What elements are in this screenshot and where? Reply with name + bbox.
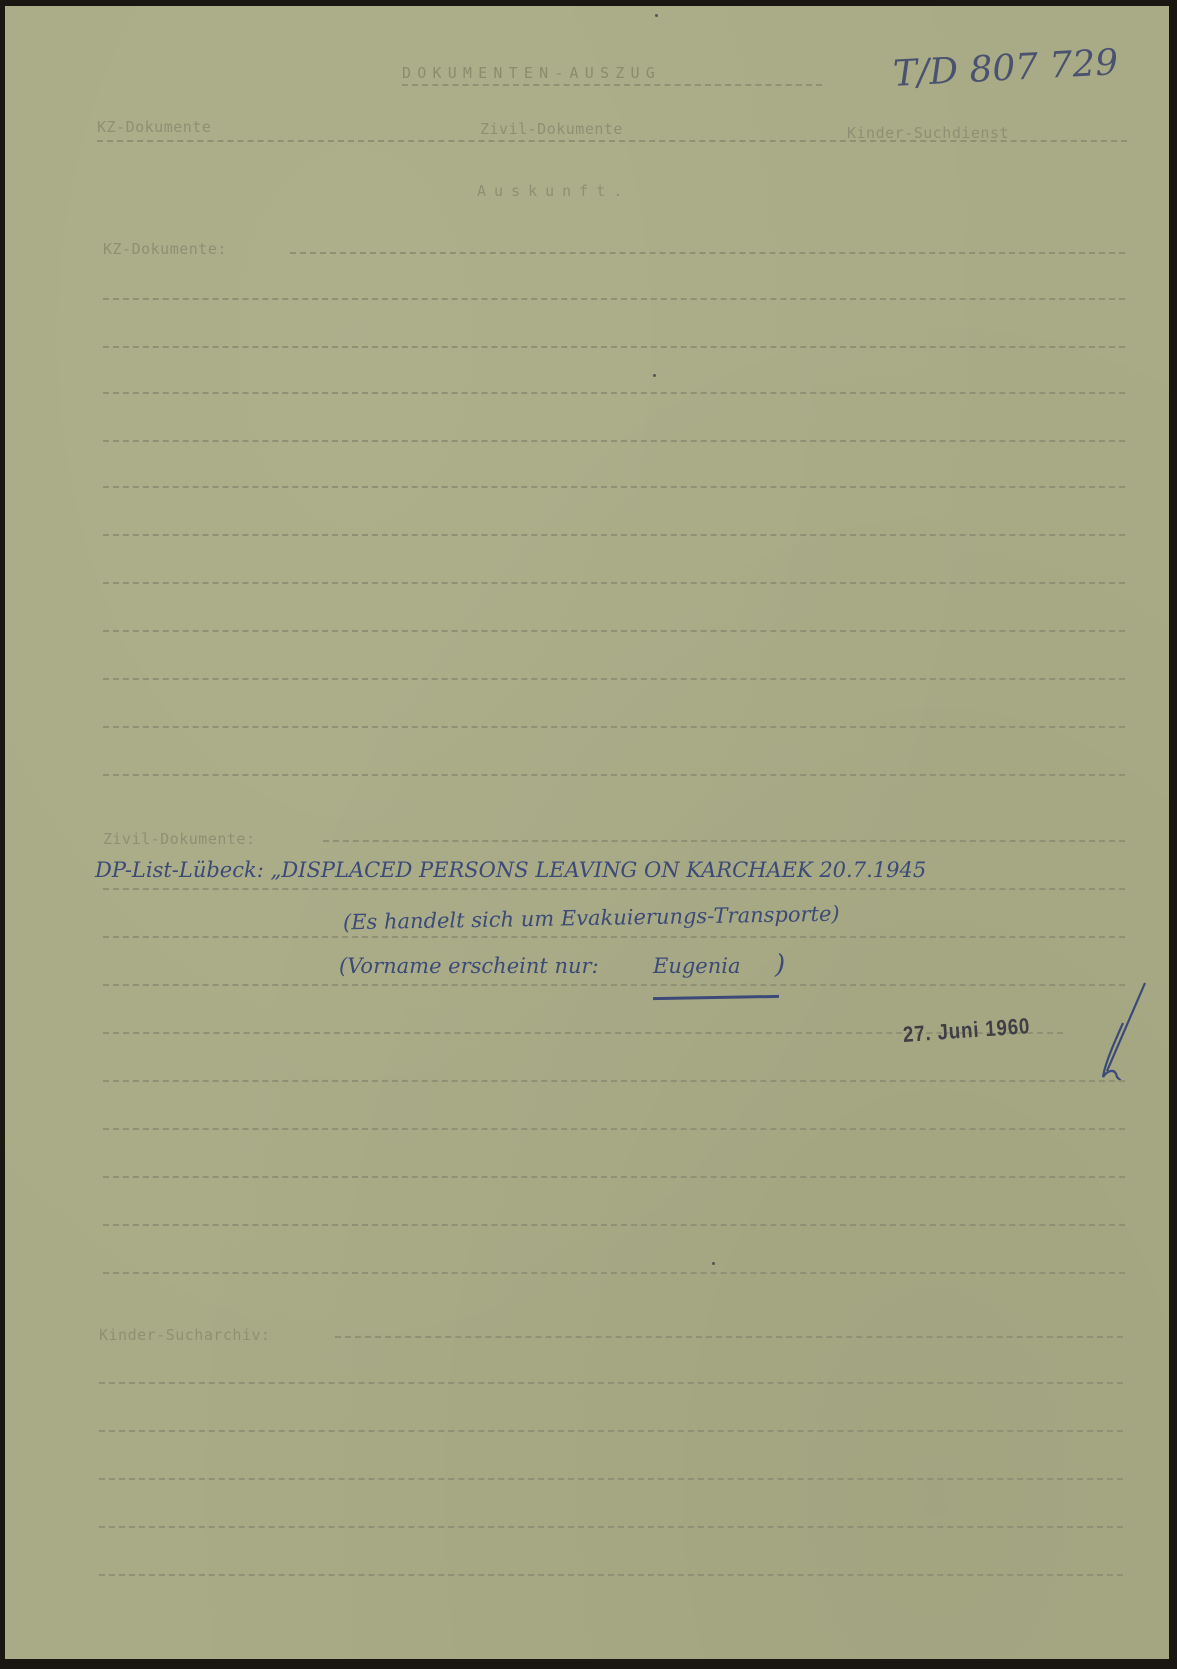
kz-line-11 xyxy=(103,726,1125,728)
signature-mark xyxy=(1045,981,1155,1091)
kinder-line-6 xyxy=(99,1574,1123,1576)
handwritten-line-1: DP-List-Lübeck: „DISPLACED PERSONS LEAVI… xyxy=(95,858,926,882)
date-stamp: 27. Juni 1960 xyxy=(902,1013,1031,1048)
document-title: DOKUMENTEN-AUSZUG xyxy=(402,64,661,82)
title-underline xyxy=(402,84,822,86)
zivil-line-7 xyxy=(103,1128,1125,1130)
section-label-kz: KZ-Dokumente: xyxy=(103,240,227,258)
handwritten-name-eugenia: Eugenia xyxy=(653,954,741,978)
kinder-line-1 xyxy=(335,1336,1123,1338)
zivil-line-9 xyxy=(103,1224,1125,1226)
header-category-zivil: Zivil-Dokumente xyxy=(480,120,623,138)
zivil-line-1 xyxy=(323,840,1125,842)
speck xyxy=(655,14,658,17)
kz-line-1 xyxy=(290,252,1125,254)
kz-line-8 xyxy=(103,582,1125,584)
section-label-kinder: Kinder-Sucharchiv: xyxy=(99,1326,271,1344)
kz-line-9 xyxy=(103,630,1125,632)
subtitle-auskunft: Auskunft. xyxy=(477,182,630,200)
handwritten-line-3-prefix: (Vorname erscheint nur: xyxy=(339,954,599,978)
kinder-line-4 xyxy=(99,1478,1123,1480)
kz-line-2 xyxy=(103,298,1125,300)
zivil-line-8 xyxy=(103,1176,1125,1178)
zivil-line-10 xyxy=(103,1272,1125,1274)
header-category-kz: KZ-Dokumente xyxy=(97,118,211,136)
handwritten-line-2: (Es handelt sich um Evakuierungs-Transpo… xyxy=(343,902,840,935)
header-dash-line xyxy=(97,140,1127,142)
zivil-line-2 xyxy=(103,888,1125,890)
zivil-line-3 xyxy=(103,936,1125,938)
speck xyxy=(712,1262,715,1265)
speck xyxy=(653,374,656,377)
reference-number: T/D 807 729 xyxy=(892,42,1119,95)
handwritten-line-3-suffix: ) xyxy=(775,950,785,980)
name-underline xyxy=(653,995,779,1000)
kz-line-6 xyxy=(103,486,1125,488)
section-label-zivil: Zivil-Dokumente: xyxy=(103,830,256,848)
zivil-line-4 xyxy=(103,984,1125,986)
document-page: DOKUMENTEN-AUSZUG T/D 807 729 KZ-Dokumen… xyxy=(5,6,1169,1659)
kz-line-5 xyxy=(103,440,1125,442)
kinder-line-3 xyxy=(99,1430,1123,1432)
kinder-line-2 xyxy=(99,1382,1123,1384)
kz-line-12 xyxy=(103,774,1125,776)
kz-line-4 xyxy=(103,392,1125,394)
zivil-line-6 xyxy=(103,1080,1125,1082)
kz-line-7 xyxy=(103,534,1125,536)
kinder-line-5 xyxy=(99,1526,1123,1528)
kz-line-10 xyxy=(103,678,1125,680)
kz-line-3 xyxy=(103,346,1125,348)
